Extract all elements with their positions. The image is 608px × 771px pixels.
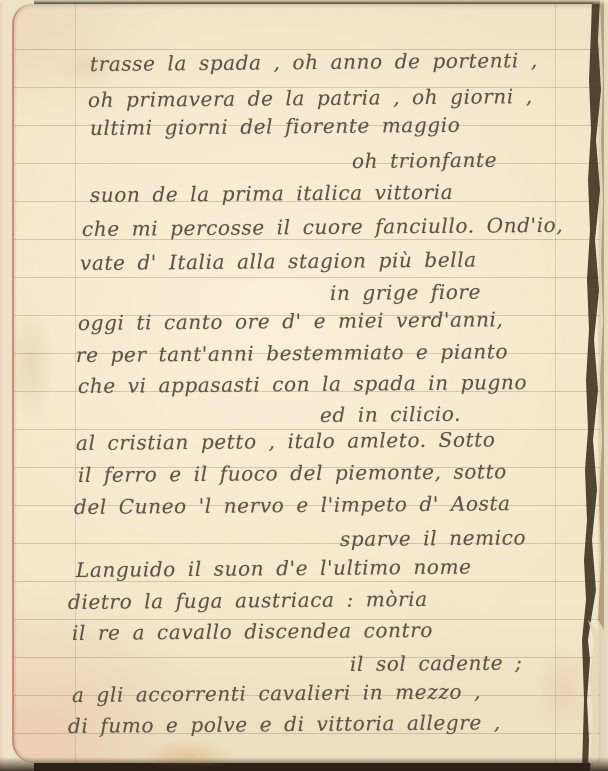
right-margin-rule: [555, 4, 556, 763]
manuscript-line: vate d' Italia alla stagion più bella: [80, 248, 477, 275]
top-edge-highlight: [0, 0, 608, 5]
manuscript-line: il sol cadente ;: [350, 650, 523, 676]
manuscript-line: che vi appasasti con la spada in pugno: [78, 370, 527, 398]
left-margin-rule: [75, 4, 76, 763]
torn-page-edge: [578, 0, 604, 771]
manuscript-line: del Cuneo 'l nervo e l'impeto d' Aosta: [74, 491, 511, 519]
manuscript-line: di fumo e polve e di vittoria allegre ,: [68, 710, 501, 738]
manuscript-line: in grige fiore: [330, 280, 481, 305]
manuscript-line: oh primavera de la patria , oh giorni ,: [88, 84, 533, 112]
manuscript-line: re per tant'anni bestemmiato e pianto: [76, 339, 508, 367]
manuscript-line: ed in cilicio.: [320, 402, 461, 427]
manuscript-line: il ferro e il fuoco del piemonte, sotto: [78, 459, 507, 487]
notebook-page: trasse la spada , oh anno de portenti ,o…: [12, 4, 600, 763]
manuscript-line: oh trionfante: [352, 148, 497, 173]
manuscript-line: dietro la fuga austriaca : mòria: [68, 587, 428, 614]
manuscript-line: sparve il nemico: [340, 525, 526, 551]
bottom-shadow: [0, 757, 608, 771]
manuscript-line: il re a cavallo discendea contro: [72, 618, 433, 645]
photo-of-notebook: trasse la spada , oh anno de portenti ,o…: [0, 0, 608, 771]
manuscript-line: a gli accorrenti cavalieri in mezzo ,: [72, 679, 481, 707]
manuscript-line: trasse la spada , oh anno de portenti ,: [90, 48, 538, 76]
manuscript-line: Languido il suon d'e l'ultimo nome: [76, 555, 472, 582]
manuscript-line: ultimi giorni del fiorente maggio: [90, 113, 461, 140]
manuscript-line: oggi ti canto ore d' e miei verd'anni,: [78, 307, 504, 335]
manuscript-line: che mi percosse il cuore fanciullo. Ond'…: [82, 213, 563, 241]
manuscript-line: suon de la prima italica vittoria: [90, 180, 453, 207]
manuscript-line: al cristian petto , italo amleto. Sotto: [76, 427, 496, 455]
